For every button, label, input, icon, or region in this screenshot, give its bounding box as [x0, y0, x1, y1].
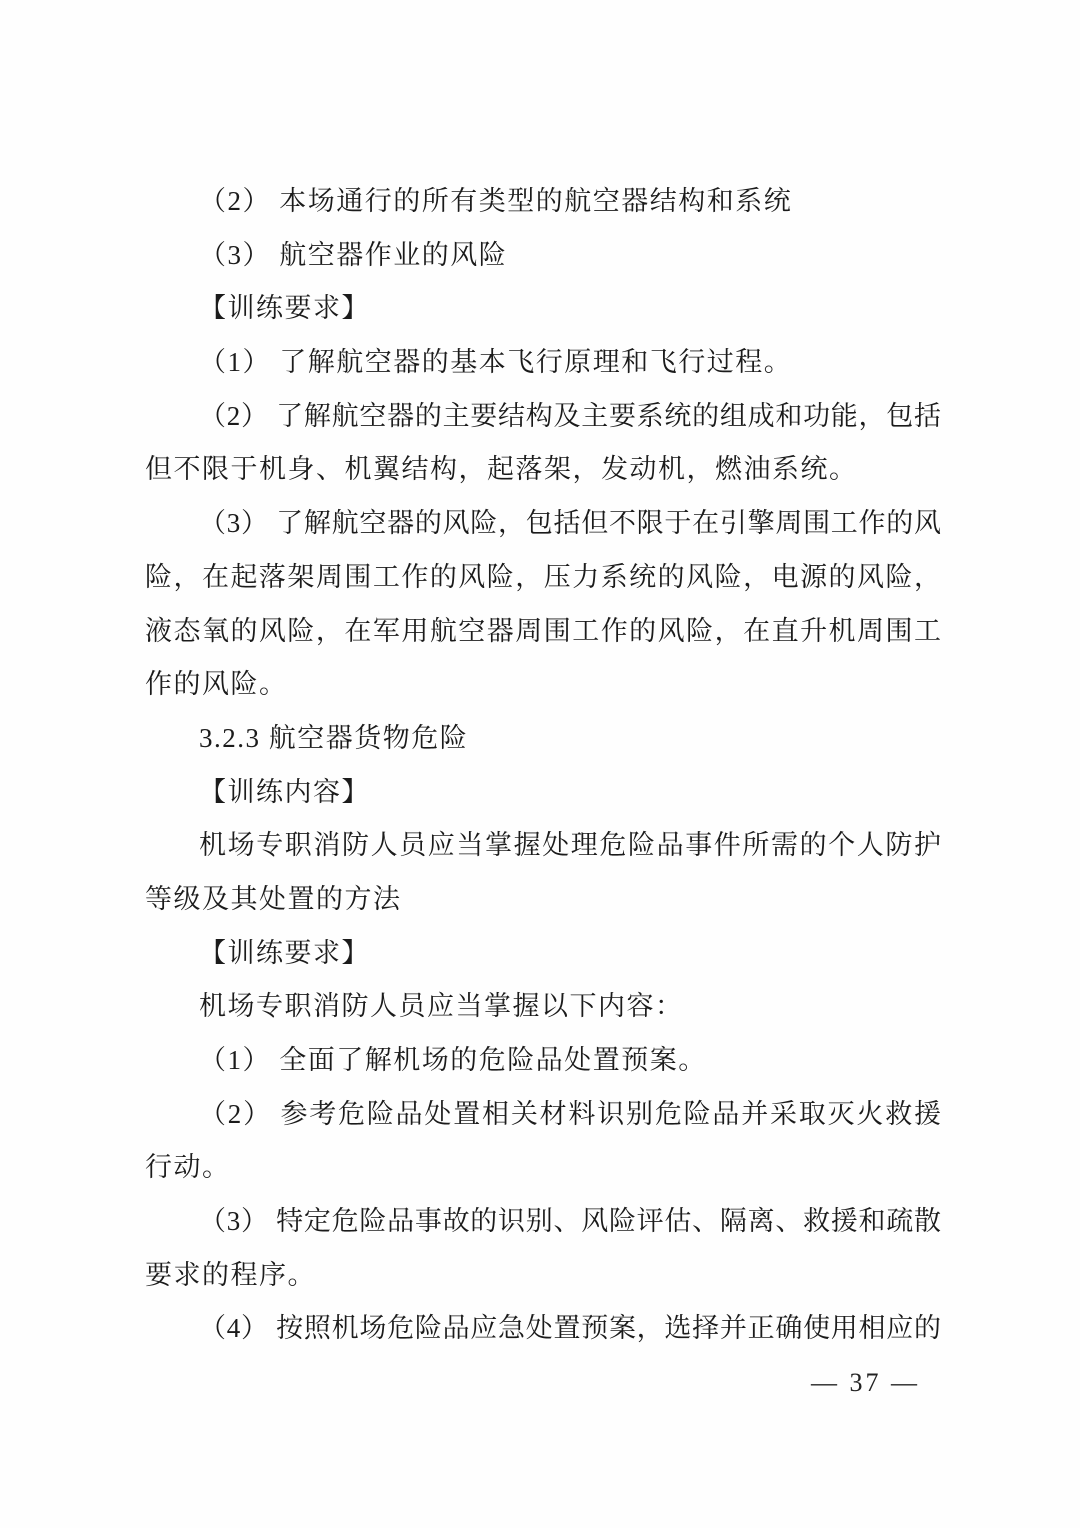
- text-line: 等级及其处置的方法: [145, 873, 941, 927]
- document-page: （2） 本场通行的所有类型的航空器结构和系统（3） 航空器作业的风险【训练要求】…: [0, 0, 1080, 1528]
- text-line: 【训练要求】: [145, 927, 941, 981]
- text-line: （4） 按照机场危险品应急处置预案，选择并正确使用相应的: [145, 1302, 941, 1356]
- text-line: 但不限于机身、机翼结构，起落架，发动机，燃油系统。: [145, 443, 941, 497]
- text-line: （1） 了解航空器的基本飞行原理和飞行过程。: [145, 336, 941, 390]
- text-line: 机场专职消防人员应当掌握处理危险品事件所需的个人防护: [145, 819, 941, 873]
- text-line: 液态氧的风险，在军用航空器周围工作的风险，在直升机周围工: [145, 605, 941, 659]
- text-line: （3） 特定危险品事故的识别、风险评估、隔离、救援和疏散: [145, 1195, 941, 1249]
- text-line: 【训练要求】: [145, 282, 941, 336]
- text-line: 险，在起落架周围工作的风险，压力系统的风险，电源的风险，: [145, 551, 941, 605]
- text-line: （3） 了解航空器的风险，包括但不限于在引擎周围工作的风: [145, 497, 941, 551]
- text-line: 行动。: [145, 1141, 941, 1195]
- page-number: — 37 —: [811, 1368, 920, 1398]
- text-line: 3.2.3 航空器货物危险: [145, 712, 941, 766]
- text-line: 要求的程序。: [145, 1249, 941, 1303]
- text-line: 作的风险。: [145, 658, 941, 712]
- text-line: （2） 本场通行的所有类型的航空器结构和系统: [145, 175, 941, 229]
- text-line: （2） 了解航空器的主要结构及主要系统的组成和功能，包括: [145, 390, 941, 444]
- text-line: （3） 航空器作业的风险: [145, 229, 941, 283]
- text-line: 机场专职消防人员应当掌握以下内容：: [145, 980, 941, 1034]
- text-line: 【训练内容】: [145, 766, 941, 820]
- text-line: （1） 全面了解机场的危险品处置预案。: [145, 1034, 941, 1088]
- document-body: （2） 本场通行的所有类型的航空器结构和系统（3） 航空器作业的风险【训练要求】…: [145, 175, 941, 1356]
- text-line: （2） 参考危险品处置相关材料识别危险品并采取灭火救援: [145, 1088, 941, 1142]
